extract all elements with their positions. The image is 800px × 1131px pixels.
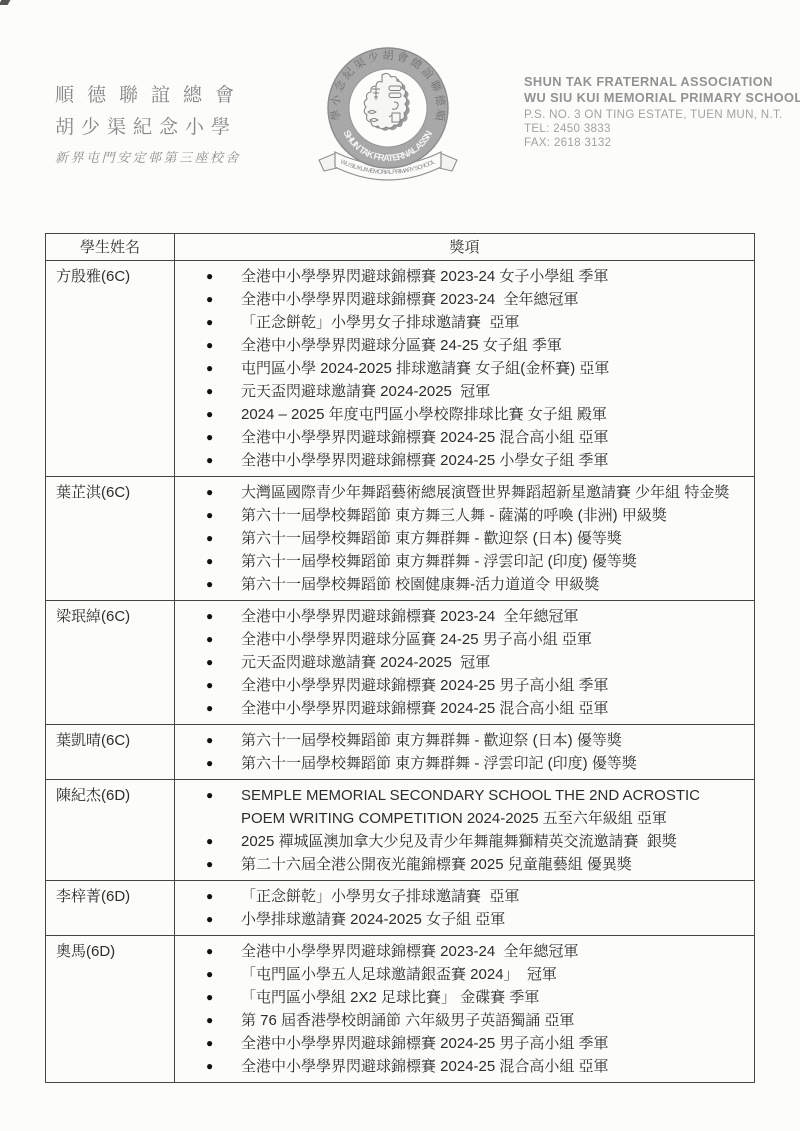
award-text: 第 76 屆香港學校朗誦節 六年級男子英語獨誦 亞軍 <box>241 1009 750 1032</box>
award-list: ●第六十一屆學校舞蹈節 東方舞群舞 - 歡迎祭 (日本) 優等獎●第六十一屆學校… <box>175 725 755 780</box>
award-item: ●全港中小學學界閃避球錦標賽 2023-24 全年總冠軍 <box>175 288 750 311</box>
bullet-icon: ● <box>175 288 241 311</box>
award-text: 全港中小學學界閃避球分區賽 24-25 男子高小組 亞軍 <box>241 628 750 651</box>
bullet-icon: ● <box>175 784 241 807</box>
table-header-row: 學生姓名 獎項 <box>46 234 755 261</box>
award-item: ●第六十一屆學校舞蹈節 東方舞群舞 - 浮雲印記 (印度) 優等獎 <box>175 752 750 775</box>
bullet-icon: ● <box>175 605 241 628</box>
association-name-english: SHUN TAK FRATERNAL ASSOCIATION <box>524 74 800 90</box>
award-item: ●全港中小學學界閃避球錦標賽 2024-25 混合高小組 亞軍 <box>175 426 750 449</box>
bullet-icon: ● <box>175 481 241 504</box>
bullet-icon: ● <box>175 963 241 986</box>
award-item: ●全港中小學學界閃避球錦標賽 2023-24 全年總冠軍 <box>175 940 750 963</box>
school-association-name: 順德聯誼總會 <box>55 80 247 107</box>
award-text: 第六十一屆學校舞蹈節 東方舞群舞 - 歡迎祭 (日本) 優等獎 <box>241 527 750 550</box>
school-address-english: P.S. NO. 3 ON TING ESTATE, TUEN MUN, N.T… <box>524 108 800 122</box>
award-text: 全港中小學學界閃避球錦標賽 2023-24 女子小學組 季軍 <box>241 265 750 288</box>
bullet-icon: ● <box>175 403 241 426</box>
bullet-icon: ● <box>175 1032 241 1055</box>
bullet-icon: ● <box>175 697 241 720</box>
award-text: 第六十一屆學校舞蹈節 東方舞三人舞 - 薩滿的呼喚 (非洲) 甲級獎 <box>241 504 750 527</box>
award-item: ●全港中小學學界閃避球錦標賽 2024-25 男子高小組 季軍 <box>175 1032 750 1055</box>
award-text: SEMPLE MEMORIAL SECONDARY SCHOOL THE 2ND… <box>241 784 750 830</box>
bullet-icon: ● <box>175 1009 241 1032</box>
award-text: 全港中小學學界閃避球錦標賽 2024-25 小學女子組 季軍 <box>241 449 750 472</box>
award-item: ●全港中小學學界閃避球分區賽 24-25 男子高小組 亞軍 <box>175 628 750 651</box>
award-list: ●「正念餅乾」小學男女子排球邀請賽 亞軍●小學排球邀請賽 2024-2025 女… <box>175 881 755 936</box>
table-row: 葉芷淇(6C)●大灣區國際青少年舞蹈藝術總展演暨世界舞蹈超新星邀請賽 少年組 特… <box>46 477 755 601</box>
award-text: 「正念餅乾」小學男女子排球邀請賽 亞軍 <box>241 885 750 908</box>
school-info-english: SHUN TAK FRATERNAL ASSOCIATION WU SIU KU… <box>524 74 800 149</box>
award-item: ●屯門區小學 2024-2025 排球邀請賽 女子組(金杯賽) 亞軍 <box>175 357 750 380</box>
award-item: ●全港中小學學界閃避球錦標賽 2024-25 男子高小組 季軍 <box>175 674 750 697</box>
award-item: ●2025 禪城區澳加拿大少兒及青少年舞龍舞獅精英交流邀請賽 銀獎 <box>175 830 750 853</box>
bullet-icon: ● <box>175 752 241 775</box>
award-item: ●全港中小學學界閃避球分區賽 24-25 女子組 季軍 <box>175 334 750 357</box>
bullet-icon: ● <box>175 504 241 527</box>
award-item: ●「屯門區小學五人足球邀請銀盃賽 2024」 冠軍 <box>175 963 750 986</box>
bullet-icon: ● <box>175 651 241 674</box>
bullet-icon: ● <box>175 573 241 596</box>
school-address-chinese: 新界屯門安定邨第三座校舍 <box>55 147 247 166</box>
award-text: 「屯門區小學組 2X2 足球比賽」 金碟賽 季軍 <box>241 986 750 1009</box>
award-text: 全港中小學學界閃避球錦標賽 2024-25 男子高小組 季軍 <box>241 674 750 697</box>
bullet-icon: ● <box>175 527 241 550</box>
student-name: 方殷雅(6C) <box>46 261 175 477</box>
award-text: 屯門區小學 2024-2025 排球邀請賽 女子組(金杯賽) 亞軍 <box>241 357 750 380</box>
award-item: ●第六十一屆學校舞蹈節 東方舞群舞 - 歡迎祭 (日本) 優等獎 <box>175 527 750 550</box>
table-row: 方殷雅(6C)●全港中小學學界閃避球錦標賽 2023-24 女子小學組 季軍●全… <box>46 261 755 477</box>
award-item: ●全港中小學學界閃避球錦標賽 2024-25 小學女子組 季軍 <box>175 449 750 472</box>
bullet-icon: ● <box>175 986 241 1009</box>
school-name-english: WU SIU KUI MEMORIAL PRIMARY SCHOOL <box>524 90 800 106</box>
school-fax: FAX: 2618 3132 <box>524 136 800 150</box>
bullet-icon: ● <box>175 885 241 908</box>
award-text: 全港中小學學界閃避球錦標賽 2023-24 全年總冠軍 <box>241 940 750 963</box>
awards-table: 學生姓名 獎項 方殷雅(6C)●全港中小學學界閃避球錦標賽 2023-24 女子… <box>45 233 755 1083</box>
bullet-icon: ● <box>175 908 241 931</box>
award-text: 小學排球邀請賽 2024-2025 女子組 亞軍 <box>241 908 750 931</box>
award-text: 全港中小學學界閃避球錦標賽 2024-25 混合高小組 亞軍 <box>241 697 750 720</box>
student-name: 陳紀杰(6D) <box>46 780 175 881</box>
award-item: ●第 76 屆香港學校朗誦節 六年級男子英語獨誦 亞軍 <box>175 1009 750 1032</box>
award-item: ●小學排球邀請賽 2024-2025 女子組 亞軍 <box>175 908 750 931</box>
award-list: ●全港中小學學界閃避球錦標賽 2023-24 女子小學組 季軍●全港中小學學界閃… <box>175 261 755 477</box>
bullet-icon: ● <box>175 380 241 403</box>
bullet-icon: ● <box>175 357 241 380</box>
bullet-icon: ● <box>175 426 241 449</box>
award-text: 全港中小學學界閃避球錦標賽 2024-25 混合高小組 亞軍 <box>241 1055 750 1078</box>
award-text: 全港中小學學界閃避球錦標賽 2023-24 全年總冠軍 <box>241 288 750 311</box>
award-list: ●SEMPLE MEMORIAL SECONDARY SCHOOL THE 2N… <box>175 780 755 881</box>
award-item: ●全港中小學學界閃避球錦標賽 2024-25 混合高小組 亞軍 <box>175 1055 750 1078</box>
award-item: ●「正念餅乾」小學男女子排球邀請賽 亞軍 <box>175 311 750 334</box>
award-item: ●第六十一屆學校舞蹈節 東方舞群舞 - 歡迎祭 (日本) 優等獎 <box>175 729 750 752</box>
award-item: ●元天盃閃避球邀請賽 2024-2025 冠軍 <box>175 380 750 403</box>
award-text: 全港中小學學界閃避球錦標賽 2024-25 混合高小組 亞軍 <box>241 426 750 449</box>
column-header-student-name: 學生姓名 <box>46 234 175 261</box>
school-name-chinese: 順德聯誼總會 胡少渠紀念小學 新界屯門安定邨第三座校舍 <box>55 80 247 166</box>
award-item: ●第六十一屆學校舞蹈節 東方舞群舞 - 浮雲印記 (印度) 優等獎 <box>175 550 750 573</box>
bullet-icon: ● <box>175 311 241 334</box>
scan-artifact <box>0 0 10 5</box>
award-text: 元天盃閃避球邀請賽 2024-2025 冠軍 <box>241 380 750 403</box>
student-name: 奧馬(6D) <box>46 936 175 1083</box>
award-text: 第六十一屆學校舞蹈節 東方舞群舞 - 浮雲印記 (印度) 優等獎 <box>241 550 750 573</box>
table-row: 奧馬(6D)●全港中小學學界閃避球錦標賽 2023-24 全年總冠軍●「屯門區小… <box>46 936 755 1083</box>
award-item: ●2024 – 2025 年度屯門區小學校際排球比賽 女子組 殿軍 <box>175 403 750 426</box>
award-text: 2025 禪城區澳加拿大少兒及青少年舞龍舞獅精英交流邀請賽 銀獎 <box>241 830 750 853</box>
student-name: 葉凱晴(6C) <box>46 725 175 780</box>
award-item: ●「正念餅乾」小學男女子排球邀請賽 亞軍 <box>175 885 750 908</box>
bullet-icon: ● <box>175 853 241 876</box>
document-page: 順德聯誼總會 胡少渠紀念小學 新界屯門安定邨第三座校舍 <box>0 0 800 1131</box>
award-text: 第六十一屆學校舞蹈節 校園健康舞-活力道道令 甲級獎 <box>241 573 750 596</box>
bullet-icon: ● <box>175 674 241 697</box>
bullet-icon: ● <box>175 940 241 963</box>
award-item: ●「屯門區小學組 2X2 足球比賽」 金碟賽 季軍 <box>175 986 750 1009</box>
table-row: 葉凱晴(6C)●第六十一屆學校舞蹈節 東方舞群舞 - 歡迎祭 (日本) 優等獎●… <box>46 725 755 780</box>
school-tel: TEL: 2450 3833 <box>524 122 800 136</box>
bullet-icon: ● <box>175 449 241 472</box>
student-name: 葉芷淇(6C) <box>46 477 175 601</box>
award-text: 2024 – 2025 年度屯門區小學校際排球比賽 女子組 殿軍 <box>241 403 750 426</box>
bullet-icon: ● <box>175 729 241 752</box>
bullet-icon: ● <box>175 1055 241 1078</box>
school-name: 胡少渠紀念小學 <box>55 112 247 139</box>
table-row: 梁珉綽(6C)●全港中小學學界閃避球錦標賽 2023-24 全年總冠軍●全港中小… <box>46 601 755 725</box>
column-header-awards: 獎項 <box>175 234 755 261</box>
award-text: 全港中小學學界閃避球錦標賽 2024-25 男子高小組 季軍 <box>241 1032 750 1055</box>
awards-table-body: 方殷雅(6C)●全港中小學學界閃避球錦標賽 2023-24 女子小學組 季軍●全… <box>46 261 755 1083</box>
award-text: 全港中小學學界閃避球錦標賽 2023-24 全年總冠軍 <box>241 605 750 628</box>
award-item: ●全港中小學學界閃避球錦標賽 2023-24 女子小學組 季軍 <box>175 265 750 288</box>
award-text: 第六十一屆學校舞蹈節 東方舞群舞 - 浮雲印記 (印度) 優等獎 <box>241 752 750 775</box>
table-row: 陳紀杰(6D)●SEMPLE MEMORIAL SECONDARY SCHOOL… <box>46 780 755 881</box>
award-item: ●元天盃閃避球邀請賽 2024-2025 冠軍 <box>175 651 750 674</box>
award-item: ●第二十六屆全港公開夜光龍錦標賽 2025 兒童龍藝組 優異獎 <box>175 853 750 876</box>
award-text: 「正念餅乾」小學男女子排球邀請賽 亞軍 <box>241 311 750 334</box>
award-text: 元天盃閃避球邀請賽 2024-2025 冠軍 <box>241 651 750 674</box>
award-text: 全港中小學學界閃避球分區賽 24-25 女子組 季軍 <box>241 334 750 357</box>
table-row: 李梓菁(6D)●「正念餅乾」小學男女子排球邀請賽 亞軍●小學排球邀請賽 2024… <box>46 881 755 936</box>
award-text: 第二十六屆全港公開夜光龍錦標賽 2025 兒童龍藝組 優異獎 <box>241 853 750 876</box>
award-item: ●第六十一屆學校舞蹈節 東方舞三人舞 - 薩滿的呼喚 (非洲) 甲級獎 <box>175 504 750 527</box>
bullet-icon: ● <box>175 265 241 288</box>
bullet-icon: ● <box>175 628 241 651</box>
award-list: ●大灣區國際青少年舞蹈藝術總展演暨世界舞蹈超新星邀請賽 少年組 特金獎●第六十一… <box>175 477 755 601</box>
award-item: ●全港中小學學界閃避球錦標賽 2023-24 全年總冠軍 <box>175 605 750 628</box>
student-name: 梁珉綽(6C) <box>46 601 175 725</box>
student-name: 李梓菁(6D) <box>46 881 175 936</box>
bullet-icon: ● <box>175 550 241 573</box>
award-text: 「屯門區小學五人足球邀請銀盃賽 2024」 冠軍 <box>241 963 750 986</box>
award-item: ●第六十一屆學校舞蹈節 校園健康舞-活力道道令 甲級獎 <box>175 573 750 596</box>
school-emblem-icon: 學小念紀渠少胡會總誼聯德順 SHUN TAK FRATERNAL ASSN WU… <box>310 42 466 194</box>
bullet-icon: ● <box>175 830 241 853</box>
award-item: ●SEMPLE MEMORIAL SECONDARY SCHOOL THE 2N… <box>175 784 750 830</box>
award-list: ●全港中小學學界閃避球錦標賽 2023-24 全年總冠軍●全港中小學學界閃避球分… <box>175 601 755 725</box>
award-item: ●大灣區國際青少年舞蹈藝術總展演暨世界舞蹈超新星邀請賽 少年組 特金獎 <box>175 481 750 504</box>
bullet-icon: ● <box>175 334 241 357</box>
award-list: ●全港中小學學界閃避球錦標賽 2023-24 全年總冠軍●「屯門區小學五人足球邀… <box>175 936 755 1083</box>
award-item: ●全港中小學學界閃避球錦標賽 2024-25 混合高小組 亞軍 <box>175 697 750 720</box>
award-text: 第六十一屆學校舞蹈節 東方舞群舞 - 歡迎祭 (日本) 優等獎 <box>241 729 750 752</box>
award-text: 大灣區國際青少年舞蹈藝術總展演暨世界舞蹈超新星邀請賽 少年組 特金獎 <box>241 481 750 504</box>
